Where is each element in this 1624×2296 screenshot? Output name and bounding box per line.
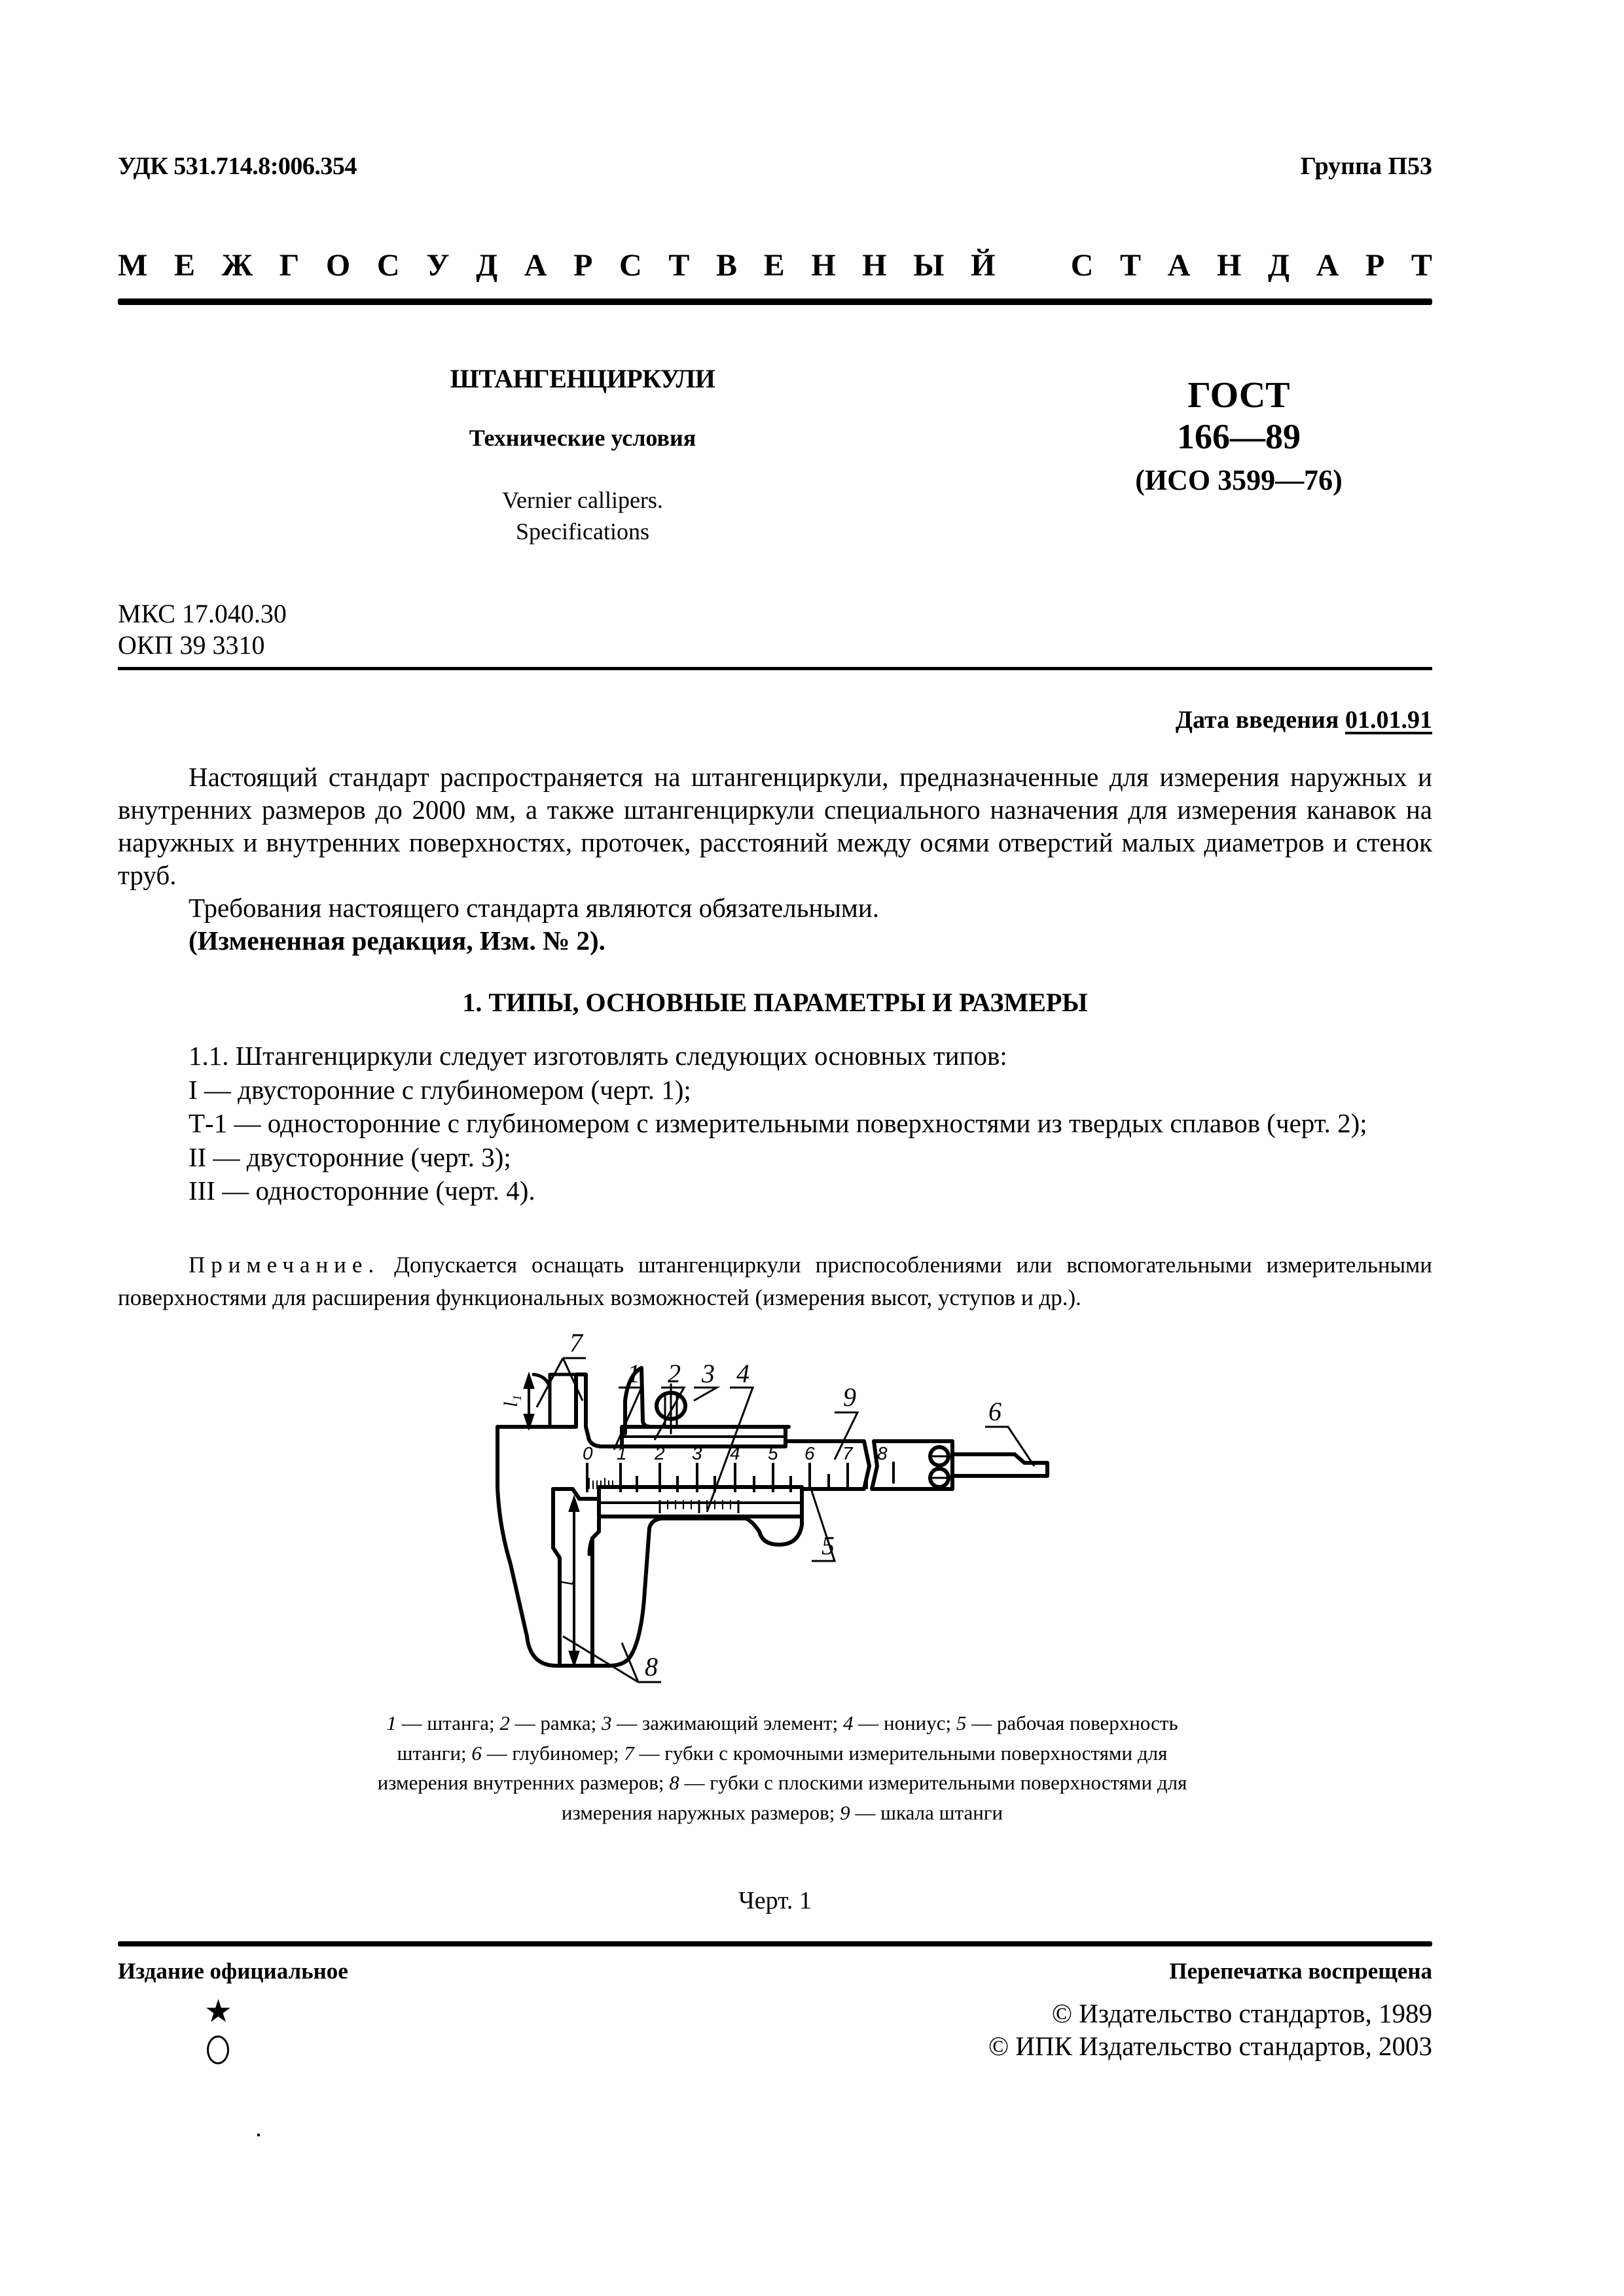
legend-text: — глубиномер; — [482, 1742, 624, 1765]
banner-letter: Е — [764, 247, 785, 283]
legend-number: 5 — [956, 1712, 967, 1734]
banner-letter: О — [326, 247, 350, 283]
dimension-l1-label: l₁ — [500, 1395, 522, 1407]
title-en-line2: Specifications — [386, 516, 779, 547]
banner-letter: Н — [1217, 247, 1241, 283]
figure-label: Черт. 1 — [118, 1886, 1432, 1915]
type-item: II — двусторонние (черт. 3); — [118, 1141, 1432, 1175]
legend-text: — штанга; — [397, 1712, 499, 1734]
type-item: Т-1 — односторонние с глубиномером с изм… — [118, 1107, 1432, 1141]
note: Примечание. Допускается оснащать штанген… — [118, 1249, 1432, 1314]
classification-rule — [118, 667, 1432, 670]
okp-code: ОКП 39 3310 — [118, 630, 264, 660]
header-rule — [118, 298, 1432, 305]
legend-text: — рамка; — [510, 1712, 602, 1734]
copyright-1989: © Издательство стандартов, 1989 — [1052, 1998, 1432, 2029]
type-item: III — односторонние (черт. 4). — [118, 1174, 1432, 1208]
legend-number: 1 — [386, 1712, 397, 1734]
banner-letter: А — [524, 247, 547, 283]
banner-letter: Р — [573, 247, 592, 283]
reprint-prohibited: Перепечатка воспрещена — [1169, 1958, 1432, 1984]
figure-legend: 1 — штанга; 2 — рамка; 3 — зажимающий эл… — [360, 1708, 1204, 1827]
intro-paragraph-mandatory: Требования настоящего стандарта являются… — [118, 891, 1432, 924]
official-edition: Издание официальное — [118, 1958, 348, 1984]
banner-letter: А — [1168, 247, 1191, 283]
legend-text: — шкала штанги — [850, 1801, 1003, 1824]
callout-9: 9 — [843, 1382, 856, 1412]
banner-letter: М — [118, 247, 147, 283]
scale-number: 0 — [583, 1443, 593, 1463]
banner-letter: С — [377, 247, 400, 283]
legend-number: 9 — [840, 1801, 850, 1824]
document-title-english: Vernier callipers. Specifications — [386, 484, 779, 547]
legend-number: 8 — [669, 1771, 679, 1794]
callout-8: 8 — [645, 1652, 658, 1681]
legend-text: — зажимающий элемент; — [611, 1712, 843, 1734]
scale-number: 6 — [804, 1443, 815, 1463]
banner-letter: Й — [971, 247, 995, 283]
type-item: I — двусторонние с глубиномером (черт. 1… — [118, 1073, 1432, 1107]
legend-number: 2 — [499, 1712, 510, 1734]
footer-rule — [118, 1941, 1432, 1946]
legend-number: 4 — [843, 1712, 854, 1734]
scale-number: 8 — [877, 1443, 888, 1463]
introduction-date: Дата введения 01.01.91 — [1176, 706, 1432, 734]
scan-speck — [257, 2134, 260, 2136]
banner-letter: Н — [862, 247, 886, 283]
legend-number: 3 — [602, 1712, 612, 1734]
scale-number: 1 — [617, 1443, 627, 1463]
banner-letter: Ж — [222, 247, 253, 283]
introduction: Настоящий стандарт распространяется на ш… — [118, 761, 1432, 957]
banner-letter: Ы — [913, 247, 944, 283]
callout-4: 4 — [736, 1359, 749, 1388]
mks-code: МКС 17.040.30 — [118, 598, 287, 629]
banner-letter: Т — [1411, 247, 1432, 283]
banner-letter: Р — [1365, 247, 1384, 283]
callout-7: 7 — [569, 1329, 584, 1357]
vernier-caliper-drawing: 0 1 2 3 4 5 6 7 8 l₁ l 7 1 2 3 4 — [471, 1329, 1100, 1695]
banner-letter: А — [1316, 247, 1339, 283]
title-en-line1: Vernier callipers. — [386, 484, 779, 516]
document-subtitle: Технические условия — [386, 424, 779, 452]
banner-letter: В — [716, 247, 737, 283]
amendment-note: (Измененная редакция, Изм. № 2). — [118, 924, 1432, 957]
word-gap — [1022, 247, 1044, 283]
group-code: Группа П53 — [1301, 152, 1432, 181]
banner-letter: С — [619, 247, 642, 283]
callout-3: 3 — [701, 1359, 715, 1388]
legend-number: 6 — [471, 1742, 482, 1765]
banner-letter: Т — [668, 247, 689, 283]
interstate-standard-banner: МЕЖГОСУДАРСТВЕННЫЙСТАНДАРТ — [118, 247, 1432, 283]
banner-letter: Г — [280, 247, 300, 283]
callout-2: 2 — [668, 1359, 681, 1388]
note-label: Примечание. — [189, 1252, 380, 1278]
intro-paragraph-scope: Настоящий стандарт распространяется на ш… — [118, 761, 1432, 891]
document-title: ШТАНГЕНЦИРКУЛИ — [386, 363, 779, 394]
udk-code: УДК 531.714.8:006.354 — [118, 152, 357, 181]
date-value: 01.01.91 — [1345, 706, 1432, 734]
callout-1: 1 — [627, 1359, 640, 1388]
scale-number: 3 — [692, 1443, 702, 1463]
scale-number: 7 — [842, 1443, 854, 1463]
section-heading: 1. ТИПЫ, ОСНОВНЫЕ ПАРАМЕТРЫ И РАЗМЕРЫ — [118, 987, 1432, 1018]
banner-letter: Т — [1120, 247, 1141, 283]
banner-letter: Д — [476, 247, 497, 283]
scale-number: 2 — [654, 1443, 665, 1463]
gost-number: 166—89 — [1113, 416, 1365, 457]
banner-letter: С — [1071, 247, 1094, 283]
iso-reference: (ИСО 3599—76) — [1113, 463, 1365, 497]
dimension-l-label: l — [556, 1581, 577, 1586]
types-list: 1.1. Штангенциркули следует изготовлять … — [118, 1039, 1432, 1208]
gost-label: ГОСТ — [1113, 374, 1365, 416]
copyright-2003: © ИПК Издательство стандартов, 2003 — [988, 2030, 1432, 2062]
date-label: Дата введения — [1176, 706, 1339, 734]
banner-letter: У — [426, 247, 449, 283]
legend-number: 7 — [624, 1742, 634, 1765]
circle-icon — [207, 2036, 229, 2064]
banner-letter: Д — [1268, 247, 1290, 283]
legend-text: — нониус; — [853, 1712, 956, 1734]
callout-5: 5 — [821, 1531, 835, 1560]
banner-letter: Н — [811, 247, 835, 283]
banner-letter: Е — [174, 247, 195, 283]
clause-1-1: 1.1. Штангенциркули следует изготовлять … — [118, 1039, 1432, 1073]
callout-6: 6 — [988, 1397, 1001, 1426]
star-icon: ★ — [204, 1996, 232, 2028]
scale-number: 5 — [768, 1443, 778, 1463]
